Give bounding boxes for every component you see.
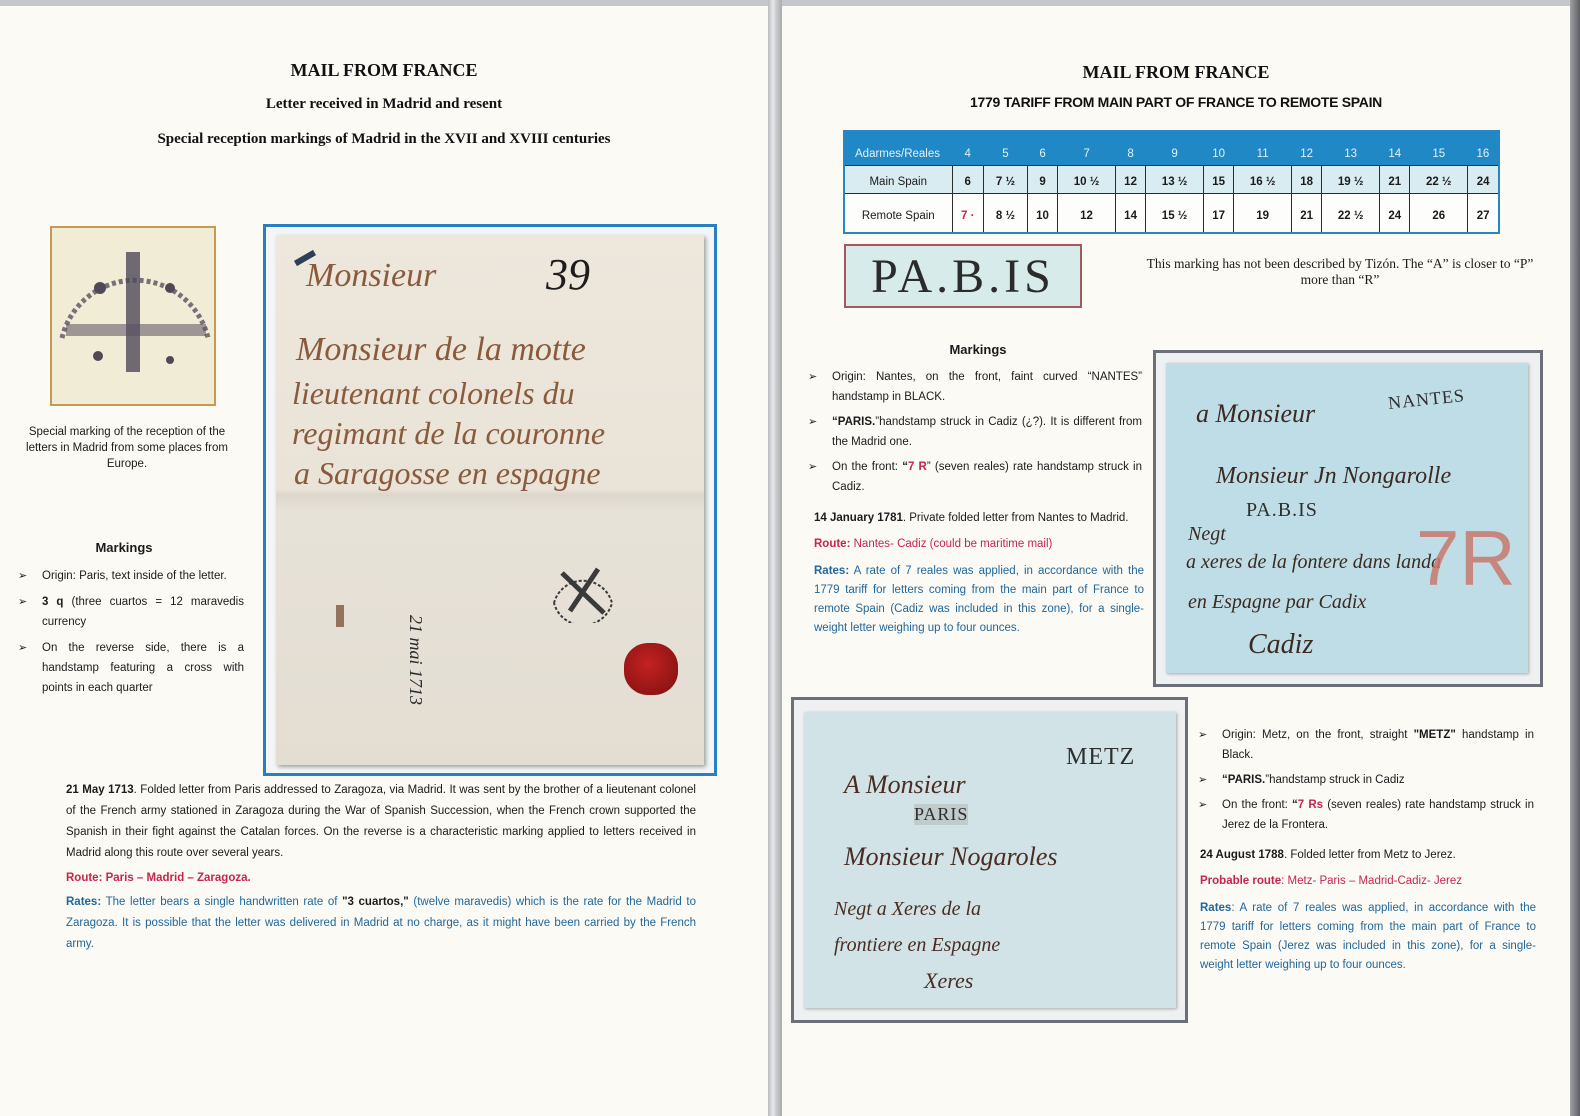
arrow-bullet-icon: ➢ <box>1198 770 1207 790</box>
tariff-row-remote-spain: Remote Spain 7 ·8 ½10121415 ½17192122 ½2… <box>844 193 1499 233</box>
tariff-cell: 10 ½ <box>1058 165 1116 193</box>
tariff-column-header: 14 <box>1380 131 1410 165</box>
tariff-cell: 26 <box>1410 193 1468 233</box>
tariff-cell: 22 ½ <box>1410 165 1468 193</box>
arrow-bullet-icon: ➢ <box>808 457 817 477</box>
tariff-header-row: Adarmes/Reales 45678910111213141516 <box>844 131 1499 165</box>
tariff-cell: 21 <box>1292 193 1322 233</box>
arrow-bullet-icon: ➢ <box>808 412 817 432</box>
rate-7r-handstamp: 7R <box>1416 513 1516 604</box>
rate-mark: 39 <box>546 249 590 300</box>
metz-letter-image: METZ A Monsieur PARIS Monsieur Nogaroles… <box>804 712 1176 1008</box>
tariff-cell: 18 <box>1292 165 1322 193</box>
marking-item: ➢On the front: “7 R” (seven reales) rate… <box>808 457 1142 497</box>
tariff-cell: 7 ½ <box>983 165 1027 193</box>
tariff-cell: 14 <box>1116 193 1146 233</box>
ink-stain-icon <box>336 605 344 627</box>
paris-marking-image: PA.B.IS <box>844 244 1082 308</box>
markings-list: ➢Origin: Paris, text inside of the lette… <box>18 566 244 704</box>
tariff-column-header: 16 <box>1468 131 1499 165</box>
tariff-column-header: 5 <box>983 131 1027 165</box>
marking-item: ➢Origin: Nantes, on the front, faint cur… <box>808 367 1142 407</box>
tariff-row-label: Main Spain <box>844 165 952 193</box>
cross-handstamp-icon <box>52 228 216 406</box>
page-title: MAIL FROM FRANCE <box>0 60 768 81</box>
tariff-column-header: 7 <box>1058 131 1116 165</box>
tariff-table: Adarmes/Reales 45678910111213141516 Main… <box>843 130 1500 234</box>
tariff-cell: 16 ½ <box>1234 165 1292 193</box>
nantes-handstamp: NANTES <box>1387 385 1466 414</box>
tariff-column-header: 10 <box>1204 131 1234 165</box>
rates-text: Rates: The letter bears a single handwri… <box>66 892 696 955</box>
arrow-bullet-icon: ➢ <box>1198 795 1207 815</box>
tariff-column-header: 4 <box>952 131 983 165</box>
tariff-cell: 24 <box>1380 193 1410 233</box>
tariff-row-main-spain: Main Spain 67 ½910 ½1213 ½1516 ½1819 ½21… <box>844 165 1499 193</box>
page-subtitle: 1779 TARIFF FROM MAIN PART OF FRANCE TO … <box>782 94 1570 110</box>
tariff-cell: 27 <box>1468 193 1499 233</box>
tariff-cell: 6 <box>952 165 983 193</box>
cross-handstamp-icon <box>548 553 618 623</box>
arrow-bullet-icon: ➢ <box>808 367 817 387</box>
scan-right-edge <box>1570 0 1580 1116</box>
tariff-column-header: 11 <box>1234 131 1292 165</box>
marking-item: ➢“PARIS.”handstamp struck in Cadiz <box>1198 770 1534 790</box>
tariff-cell: 19 <box>1234 193 1292 233</box>
tariff-cell: 9 <box>1027 165 1057 193</box>
tariff-cell: 15 ½ <box>1146 193 1204 233</box>
metz-route-text: Probable route: Metz- Paris – Madrid-Cad… <box>1200 871 1536 892</box>
tariff-cell: 12 <box>1058 193 1116 233</box>
tariff-cell: 22 ½ <box>1322 193 1380 233</box>
marking-item: ➢On the reverse side, there is a handsta… <box>18 638 244 698</box>
page-subtitle: Letter received in Madrid and resent <box>0 96 768 113</box>
arrow-bullet-icon: ➢ <box>18 592 27 612</box>
metz-rates-text: Rates: A rate of 7 reales was applied, i… <box>1200 899 1536 975</box>
nantes-letter-frame: NANTES a Monsieur Monsieur Jn Nongarolle… <box>1153 350 1543 687</box>
marking-item: ➢Origin: Paris, text inside of the lette… <box>18 566 244 586</box>
tariff-row-label: Remote Spain <box>844 193 952 233</box>
letter-1713-frame: Monsieur 39 Monsieur de la motte lieuten… <box>263 224 717 776</box>
nantes-letter-description: 14 January 1781. Private folded letter f… <box>814 508 1144 529</box>
metz-letter-description: 24 August 1788. Folded letter from Metz … <box>1200 845 1536 866</box>
nantes-markings-list: ➢Origin: Nantes, on the front, faint cur… <box>808 367 1142 502</box>
metz-handstamp: METZ <box>1066 744 1135 771</box>
letter-1713-image: Monsieur 39 Monsieur de la motte lieuten… <box>276 235 704 765</box>
tariff-column-header: 9 <box>1146 131 1204 165</box>
tariff-cell: 10 <box>1027 193 1057 233</box>
tariff-column-header: 12 <box>1292 131 1322 165</box>
tariff-cell: 12 <box>1116 165 1146 193</box>
route-text: Route: Paris – Madrid – Zaragoza. <box>66 868 696 889</box>
metz-markings-list: ➢Origin: Metz, on the front, straight "M… <box>1198 725 1534 840</box>
page-subtitle-2: Special reception markings of Madrid in … <box>0 131 768 148</box>
tariff-cell: 17 <box>1204 193 1234 233</box>
wax-seal-icon <box>624 643 678 695</box>
tariff-header-label: Adarmes/Reales <box>844 131 952 165</box>
tariff-column-header: 13 <box>1322 131 1380 165</box>
nantes-route-text: Route: Nantes- Cadiz (could be maritime … <box>814 534 1144 555</box>
nantes-rates-text: Rates: A rate of 7 reales was applied, i… <box>814 562 1144 638</box>
madrid-cross-marking-image <box>50 226 216 406</box>
arrow-bullet-icon: ➢ <box>1198 725 1207 745</box>
markings-heading: Markings <box>40 540 208 555</box>
tariff-column-header: 8 <box>1116 131 1146 165</box>
tariff-cell: 24 <box>1468 165 1499 193</box>
tariff-cell: 19 ½ <box>1322 165 1380 193</box>
tariff-column-header: 6 <box>1027 131 1057 165</box>
metz-letter-frame: METZ A Monsieur PARIS Monsieur Nogaroles… <box>791 697 1188 1023</box>
markings-heading: Markings <box>900 342 1056 357</box>
page-title: MAIL FROM FRANCE <box>782 62 1570 83</box>
tariff-cell: 7 · <box>952 193 983 233</box>
paris-marking-note: This marking has not been described by T… <box>1138 256 1542 288</box>
letter-description: 21 May 1713. Folded letter from Paris ad… <box>66 780 696 864</box>
docket-date: 21 mai 1713 <box>405 615 426 705</box>
arrow-bullet-icon: ➢ <box>18 566 27 586</box>
tariff-cell: 13 ½ <box>1146 165 1204 193</box>
page-spine <box>768 0 782 1116</box>
nantes-letter-image: NANTES a Monsieur Monsieur Jn Nongarolle… <box>1166 363 1528 673</box>
marking-item: ➢3 q (three cuartos = 12 maravedis curre… <box>18 592 244 632</box>
marking-item: ➢Origin: Metz, on the front, straight "M… <box>1198 725 1534 765</box>
tariff-cell: 21 <box>1380 165 1410 193</box>
marking-item: ➢“PARIS.”handstamp struck in Cadiz (¿?).… <box>808 412 1142 452</box>
arrow-bullet-icon: ➢ <box>18 638 27 658</box>
paris-handstamp: PA.B.IS <box>1246 499 1318 522</box>
tariff-cell: 8 ½ <box>983 193 1027 233</box>
marking-caption: Special marking of the reception of the … <box>22 424 232 472</box>
marking-item: ➢On the front: “7 Rs (seven reales) rate… <box>1198 795 1534 835</box>
paris-handstamp: PARIS <box>914 804 968 825</box>
tariff-cell: 15 <box>1204 165 1234 193</box>
tariff-column-header: 15 <box>1410 131 1468 165</box>
